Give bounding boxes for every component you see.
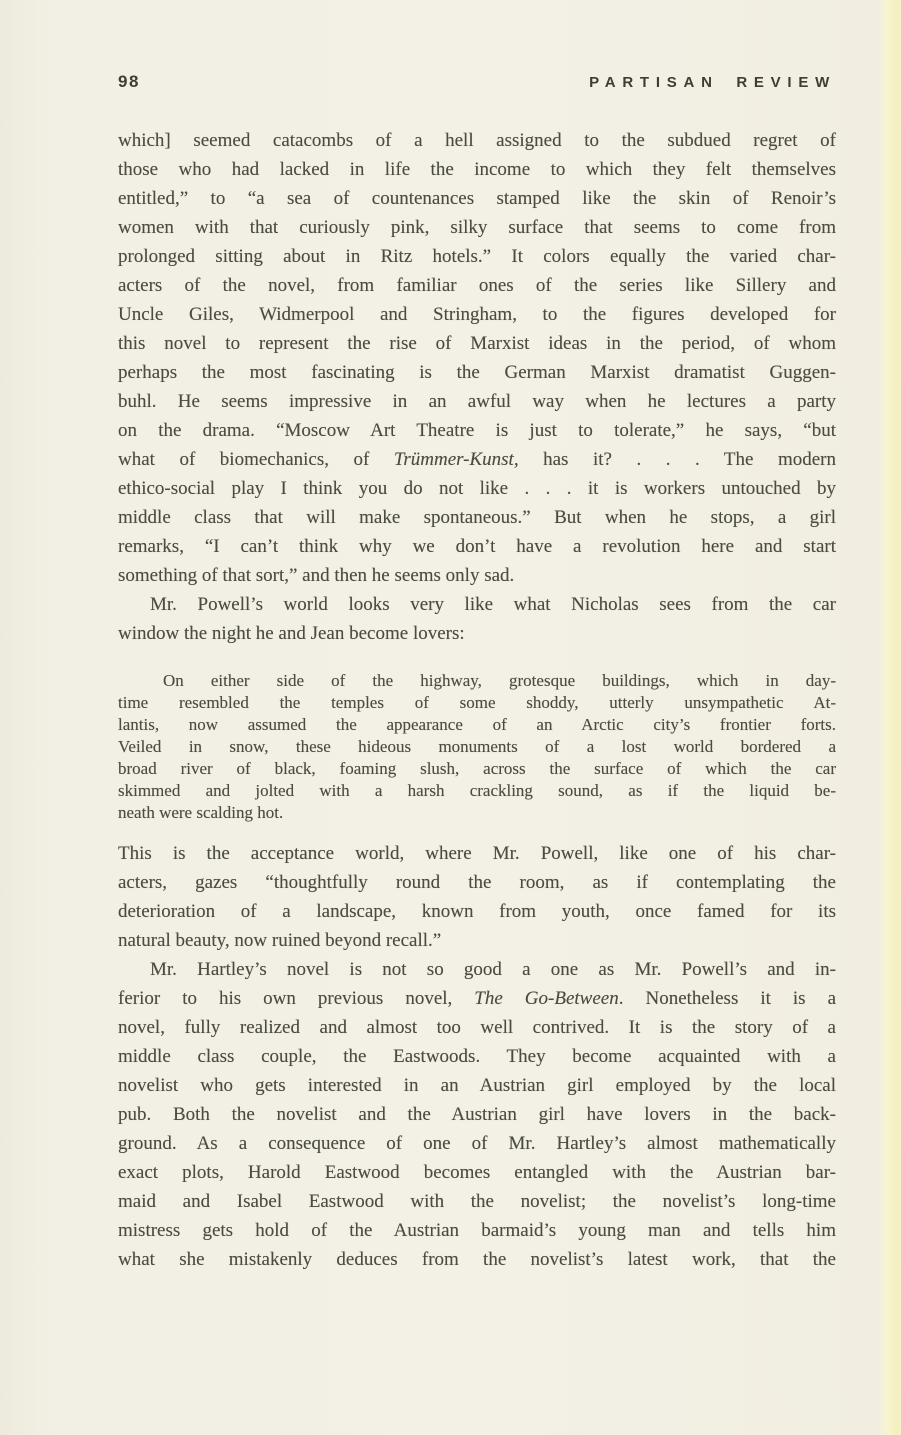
text-line: ferior to his own previous novel, The Go… — [118, 984, 836, 1013]
text-segment: broad river of black, foaming slush, acr… — [118, 759, 836, 778]
text-line: middle class couple, the Eastwoods. They… — [118, 1042, 836, 1071]
text-segment: Mr. Hartley’s novel is not so good a one… — [150, 959, 836, 980]
text-segment: window the night he and Jean become love… — [118, 623, 465, 644]
text-line: perhaps the most fascinating is the Germ… — [118, 358, 836, 387]
text-line: what she mistakenly deduces from the nov… — [118, 1245, 836, 1274]
text-line: remarks, “I can’t think why we don’t hav… — [118, 532, 836, 561]
text-line: entitled,” to “a sea of countenances sta… — [118, 184, 836, 213]
text-line: window the night he and Jean become love… — [118, 619, 836, 648]
text-segment: . Nonetheless it is a — [619, 988, 836, 1009]
text-line: On either side of the highway, grotesque… — [118, 670, 836, 692]
text-segment: this novel to represent the rise of Marx… — [118, 333, 836, 354]
page-header: 98 PARTISAN REVIEW — [118, 72, 836, 92]
text-segment: ferior to his own previous novel, — [118, 988, 474, 1009]
paragraph: Mr. Powell’s world looks very like what … — [118, 590, 836, 648]
text-segment: which] seemed catacombs of a hell assign… — [118, 130, 836, 151]
text-segment: maid and Isabel Eastwood with the noveli… — [118, 1191, 836, 1212]
text-segment: middle class that will make spontaneous.… — [118, 507, 836, 528]
text-line: This is the acceptance world, where Mr. … — [118, 839, 836, 868]
book-page: 98 PARTISAN REVIEW which] seemed catacom… — [0, 0, 901, 1435]
text-segment: deterioration of a landscape, known from… — [118, 901, 836, 922]
text-segment: novel, fully realized and almost too wel… — [118, 1017, 836, 1038]
text-segment: what she mistakenly deduces from the nov… — [118, 1249, 836, 1270]
text-line: novel, fully realized and almost too wel… — [118, 1013, 836, 1042]
text-line: something of that sort,” and then he see… — [118, 561, 836, 590]
text-segment: acters of the novel, from familiar ones … — [118, 275, 836, 296]
journal-title: PARTISAN REVIEW — [589, 74, 836, 91]
text-line: ethico-social play I think you do not li… — [118, 474, 836, 503]
text-segment: Veiled in snow, these hideous monuments … — [118, 737, 836, 756]
text-segment: entitled,” to “a sea of countenances sta… — [118, 188, 836, 209]
text-segment: novelist who gets interested in an Austr… — [118, 1075, 836, 1096]
text-line: Mr. Powell’s world looks very like what … — [118, 590, 836, 619]
italic-book-title: Trümmer-Kunst, — [394, 449, 519, 470]
text-line: acters, gazes “thoughtfully round the ro… — [118, 868, 836, 897]
text-line: deterioration of a landscape, known from… — [118, 897, 836, 926]
text-line: mistress gets hold of the Austrian barma… — [118, 1216, 836, 1245]
text-line: buhl. He seems impressive in an awful wa… — [118, 387, 836, 416]
text-line: lantis, now assumed the appearance of an… — [118, 714, 836, 736]
text-line: on the drama. “Moscow Art Theatre is jus… — [118, 416, 836, 445]
text-line: skimmed and jolted with a harsh cracklin… — [118, 780, 836, 802]
text-line: neath were scalding hot. — [118, 802, 836, 824]
text-segment: mistress gets hold of the Austrian barma… — [118, 1220, 836, 1241]
block-quote: On either side of the highway, grotesque… — [118, 670, 836, 824]
text-segment: skimmed and jolted with a harsh cracklin… — [118, 781, 836, 800]
text-segment: neath were scalding hot. — [118, 803, 283, 822]
text-line: women with that curiously pink, silky su… — [118, 213, 836, 242]
italic-book-title: The Go-Between — [474, 988, 618, 1009]
text-line: exact plots, Harold Eastwood becomes ent… — [118, 1158, 836, 1187]
text-segment: has it? . . . The modern — [519, 449, 836, 470]
text-segment: ethico-social play I think you do not li… — [118, 478, 836, 499]
text-segment: buhl. He seems impressive in an awful wa… — [118, 391, 836, 412]
text-segment: prolonged sitting about in Ritz hotels.”… — [118, 246, 836, 267]
text-line: natural beauty, now ruined beyond recall… — [118, 926, 836, 955]
text-line: novelist who gets interested in an Austr… — [118, 1071, 836, 1100]
text-segment: those who had lacked in life the income … — [118, 159, 836, 180]
text-segment: time resembled the temples of some shodd… — [118, 693, 836, 712]
text-segment: on the drama. “Moscow Art Theatre is jus… — [118, 420, 836, 441]
paragraph: which] seemed catacombs of a hell assign… — [118, 126, 836, 590]
text-segment: what of biomechanics, of — [118, 449, 394, 470]
text-line: middle class that will make spontaneous.… — [118, 503, 836, 532]
text-segment: something of that sort,” and then he see… — [118, 565, 514, 586]
text-line: Mr. Hartley’s novel is not so good a one… — [118, 955, 836, 984]
page-body: which] seemed catacombs of a hell assign… — [118, 126, 836, 1274]
text-line: Uncle Giles, Widmerpool and Stringham, t… — [118, 300, 836, 329]
text-line: acters of the novel, from familiar ones … — [118, 271, 836, 300]
text-line: time resembled the temples of some shodd… — [118, 692, 836, 714]
text-segment: ground. As a consequence of one of Mr. H… — [118, 1133, 836, 1154]
text-line: those who had lacked in life the income … — [118, 155, 836, 184]
text-segment: pub. Both the novelist and the Austrian … — [118, 1104, 836, 1125]
text-segment: remarks, “I can’t think why we don’t hav… — [118, 536, 836, 557]
text-segment: acters, gazes “thoughtfully round the ro… — [118, 872, 836, 893]
text-line: ground. As a consequence of one of Mr. H… — [118, 1129, 836, 1158]
text-line: Veiled in snow, these hideous monuments … — [118, 736, 836, 758]
page-number: 98 — [118, 72, 140, 92]
text-line: prolonged sitting about in Ritz hotels.”… — [118, 242, 836, 271]
text-segment: women with that curiously pink, silky su… — [118, 217, 836, 238]
page-edge-strip — [878, 0, 901, 1435]
paragraph: Mr. Hartley’s novel is not so good a one… — [118, 955, 836, 1274]
text-segment: exact plots, Harold Eastwood becomes ent… — [118, 1162, 836, 1183]
paragraph: This is the acceptance world, where Mr. … — [118, 839, 836, 955]
text-line: which] seemed catacombs of a hell assign… — [118, 126, 836, 155]
text-line: this novel to represent the rise of Marx… — [118, 329, 836, 358]
text-segment: middle class couple, the Eastwoods. They… — [118, 1046, 836, 1067]
text-line: pub. Both the novelist and the Austrian … — [118, 1100, 836, 1129]
text-line: broad river of black, foaming slush, acr… — [118, 758, 836, 780]
text-segment: perhaps the most fascinating is the Germ… — [118, 362, 836, 383]
text-segment: natural beauty, now ruined beyond recall… — [118, 930, 441, 951]
text-segment: lantis, now assumed the appearance of an… — [118, 715, 836, 734]
text-segment: This is the acceptance world, where Mr. … — [118, 843, 836, 864]
text-segment: On either side of the highway, grotesque… — [163, 671, 836, 690]
text-line: maid and Isabel Eastwood with the noveli… — [118, 1187, 836, 1216]
text-segment: Uncle Giles, Widmerpool and Stringham, t… — [118, 304, 836, 325]
text-line: what of biomechanics, of Trümmer-Kunst, … — [118, 445, 836, 474]
text-segment: Mr. Powell’s world looks very like what … — [150, 594, 836, 615]
